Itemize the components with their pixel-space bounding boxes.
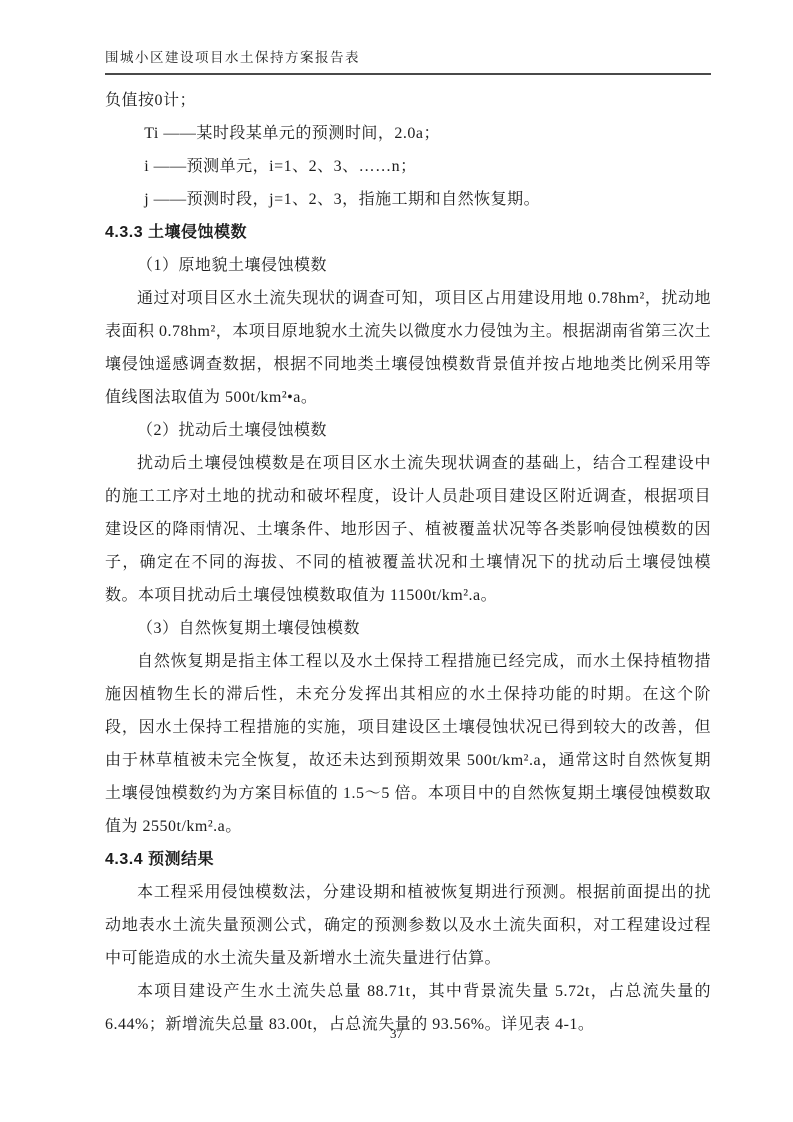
page-header-title: 围城小区建设项目水土保持方案报告表 bbox=[105, 46, 711, 75]
subheading-item-1: （1）原地貌土壤侵蚀模数 bbox=[105, 249, 711, 282]
paragraph-continuation: 负值按0计； bbox=[105, 84, 711, 117]
subheading-item-2: （2）扰动后土壤侵蚀模数 bbox=[105, 414, 711, 447]
subheading-item-3: （3）自然恢复期土壤侵蚀模数 bbox=[105, 612, 711, 645]
section-heading-4-3-3: 4.3.3 土壤侵蚀模数 bbox=[105, 216, 711, 249]
definition-line-j: j ——预测时段，j=1、2、3，指施工期和自然恢复期。 bbox=[105, 183, 711, 216]
page-number: 37 bbox=[0, 1026, 793, 1042]
body-paragraph-natural-recovery: 自然恢复期是指主体工程以及水土保持工程措施已经完成，而水土保持植物措施因植物生长… bbox=[105, 645, 711, 843]
definition-line-i: i ——预测单元，i=1、2、3、……n； bbox=[105, 150, 711, 183]
definition-line-ti: Ti ——某时段某单元的预测时间，2.0a； bbox=[105, 117, 711, 150]
document-page: 围城小区建设项目水土保持方案报告表 负值按0计； Ti ——某时段某单元的预测时… bbox=[0, 0, 793, 1122]
document-body: 负值按0计； Ti ——某时段某单元的预测时间，2.0a； i ——预测单元，i… bbox=[105, 84, 711, 1041]
section-heading-4-3-4: 4.3.4 预测结果 bbox=[105, 843, 711, 876]
body-paragraph-prediction-method: 本工程采用侵蚀模数法，分建设期和植被恢复期进行预测。根据前面提出的扰动地表水土流… bbox=[105, 876, 711, 975]
body-paragraph-disturbed-modulus: 扰动后土壤侵蚀模数是在项目区水土流失现状调查的基础上，结合工程建设中的施工工序对… bbox=[105, 447, 711, 612]
body-paragraph-original-landform: 通过对项目区水土流失现状的调查可知，项目区占用建设用地 0.78hm²，扰动地表… bbox=[105, 282, 711, 414]
